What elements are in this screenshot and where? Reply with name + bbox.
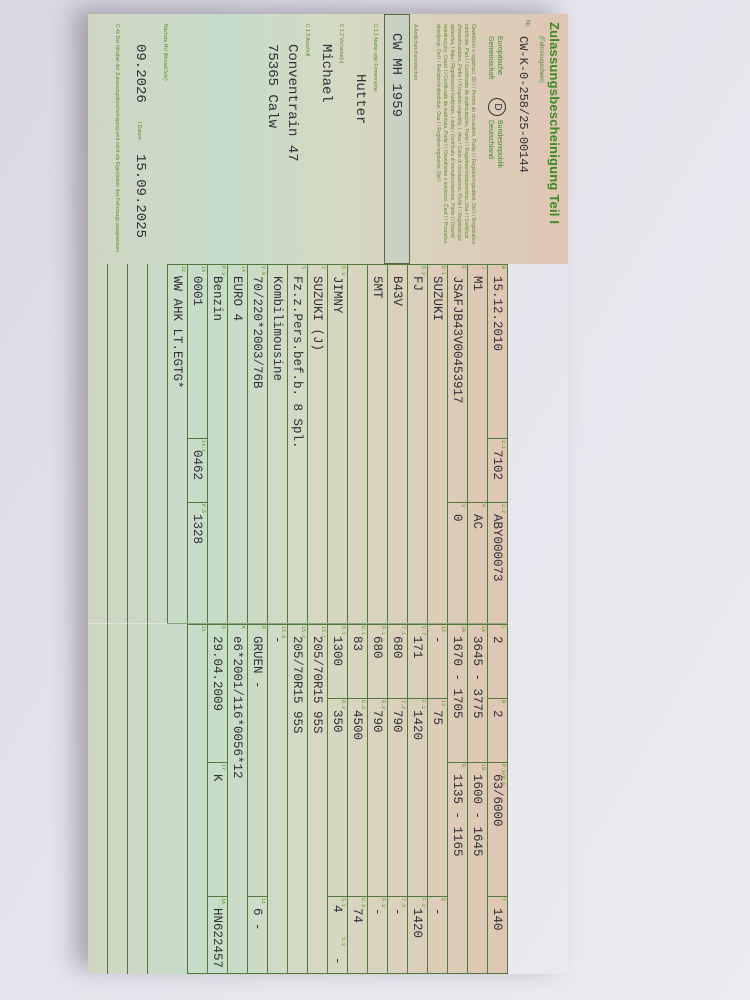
eu-label: Europäische Gemeinschaft xyxy=(486,36,504,94)
table-row: L2 92 P.2/P.463/6000 T140 xyxy=(488,625,508,974)
variant: B43V xyxy=(391,268,405,306)
issue-date-label: I Datum xyxy=(136,122,142,140)
length: 3645 - 3775 xyxy=(471,628,485,719)
empty-lines xyxy=(88,264,167,624)
table-row: 201670 - 1705 G1135 - 1165 xyxy=(448,625,468,974)
footer-note: C.4c Der Inhaber der Zulassungsbescheini… xyxy=(113,24,120,259)
table-row: Ke6*2001/116*0056*12 xyxy=(228,625,248,974)
max-speed: 140 xyxy=(491,900,505,931)
table-row: V.970/220*2003/76B xyxy=(248,265,268,624)
table-row: D.2FJ xyxy=(408,265,428,624)
document-title: Zulassungsbescheinigung Teil I xyxy=(547,22,562,224)
vehicle-class-text: Fz.z.Pers.bef.b. 8 Spl. xyxy=(291,268,305,449)
field-2-2: ABY000073 xyxy=(491,506,505,582)
address-label: C.1.3 Anschrift xyxy=(304,24,310,57)
axles: 2 xyxy=(491,628,505,644)
holder-street: Conventrain 47 xyxy=(284,44,300,162)
table-row: 183645 - 3775 191600 - 1645 xyxy=(468,625,488,974)
country-label: Bundesrepublik Deutschland xyxy=(486,120,504,190)
nr-label: Nr. xyxy=(524,20,530,28)
table-row: JM1 4AC xyxy=(468,265,488,624)
drive-axles: 2 xyxy=(491,702,505,718)
vin: JSAFJB43V00453917 xyxy=(451,268,465,404)
vehicle-data-table-2: L2 92 P.2/P.463/6000 T140 183645 - 3775 … xyxy=(187,624,508,974)
tires-axle-1: 205/70R15 95S xyxy=(311,628,325,734)
remarks: WW AHK LT.EGTG* xyxy=(171,268,185,389)
table-row: 21 xyxy=(188,625,208,974)
document-subtitle: (Fahrzeugschein) xyxy=(538,36,544,83)
height: 1670 - 1705 xyxy=(451,628,465,719)
registration-certificate-number: HN622457 xyxy=(211,900,225,968)
country-code-badge: D xyxy=(488,98,506,116)
multilingual-title-text: Osvědčení o registraci, Díl I / Permis d… xyxy=(434,24,476,259)
standing-places: - xyxy=(331,957,345,965)
table-row: 100001 14.10462 P.51328 xyxy=(188,265,208,624)
table-row: 22WW AHK LT.EGTG* xyxy=(168,265,188,624)
check-digit: 0 xyxy=(451,506,465,522)
empty-lines xyxy=(88,624,167,974)
table-row: V.7171 F.11420 F.21420 xyxy=(408,625,428,974)
vehicle-class: M1 xyxy=(471,268,485,291)
table-row: 15.1205/70R15 95S xyxy=(308,625,328,974)
vehicle-data-panel-1: B15.12.2010 2.17102 2.2ABY000073 JM1 4AC… xyxy=(88,264,508,624)
next-inspection-date: 09.2026 xyxy=(132,44,148,103)
table-row: 12- 1375 Q- xyxy=(428,625,448,974)
first-registration-date: 15.12.2010 xyxy=(491,268,505,351)
table-row: 15.2205/70R15 95S xyxy=(288,625,308,974)
fuel-type: Benzin xyxy=(211,268,225,321)
plate-label: A Amtliches Kennzeichen xyxy=(412,24,418,80)
empty-mass: 1135 - 1165 xyxy=(451,766,465,857)
table-row: 14EURO 4 xyxy=(228,265,248,624)
tires-axle-2: 205/70R15 95S xyxy=(291,628,305,734)
version: 5MT xyxy=(371,268,385,299)
table-row: B43V xyxy=(388,265,408,624)
table-row: Kombilimousine xyxy=(268,265,288,624)
table-row: B15.12.2010 2.17102 2.2ABY000073 xyxy=(488,265,508,624)
emission-class: EURO 4 xyxy=(231,268,245,321)
type-approval-date: 29.04.2009 xyxy=(211,628,225,711)
emission-directive: 70/220*2003/76B xyxy=(251,268,265,389)
table-row: 2SUZUKI (J) xyxy=(308,265,328,624)
table-row: 5MT xyxy=(368,265,388,624)
make: SUZUKI xyxy=(431,268,445,321)
table-row: 5Fz.z.Pers.bef.b. 8 Spl. xyxy=(288,265,308,624)
vehicle-data-table-1: B15.12.2010 2.17102 2.2ABY000073 JM1 4AC… xyxy=(167,264,508,624)
table-row: U.183 U.24500 U.374 xyxy=(348,625,368,974)
table-row: D.3JIMNY xyxy=(328,265,348,624)
manufacturer: SUZUKI (J) xyxy=(311,268,325,351)
issue-date: 15.09.2025 xyxy=(132,154,148,238)
field-4: AC xyxy=(471,506,485,529)
vehicle-data-panel-2: L2 92 P.2/P.463/6000 T140 183645 - 3775 … xyxy=(88,624,508,974)
table-row: P.3Benzin xyxy=(208,265,228,624)
license-plate-field: CW MH 1959 xyxy=(384,14,410,264)
table-row: 15.3- xyxy=(268,625,288,974)
next-inspection-label: Nächste HU (Monat/Jahr) xyxy=(162,24,168,84)
field-10: 0001 xyxy=(191,268,205,306)
power-weight: - xyxy=(431,900,445,916)
type-approval-number: e6*2001/116*0056*12 xyxy=(231,628,245,779)
table-row: 629.04.2009 17K 16HN622457 xyxy=(208,625,228,974)
color: GRUEN - xyxy=(251,628,265,689)
table-row xyxy=(348,265,368,624)
surname-label: C.1.1 Name oder Firmenname xyxy=(372,24,378,92)
first-name-label: C.1.2 Vorname(n) xyxy=(338,24,344,63)
table-row: D.1SUZUKI xyxy=(428,265,448,624)
table-row: 8.1680 8.2790 8.3- xyxy=(368,625,388,974)
width: 1600 - 1645 xyxy=(471,766,485,857)
body-type: Kombilimousine xyxy=(271,268,285,381)
table-row: EJSAFJB43V00453917 30 xyxy=(448,265,468,624)
holder-first-name: Michael xyxy=(318,44,334,103)
holder-panel: Zulassungsbescheinigung Teil I (Fahrzeug… xyxy=(88,14,568,264)
table-row: RGRUEN - 116 - xyxy=(248,625,268,974)
table-row: O.11300 O.2350 S.14 S.2- xyxy=(328,625,348,974)
color-code: 6 - xyxy=(251,900,265,931)
holder-surname: Hutter xyxy=(352,74,368,124)
holder-city: 75365 Calw xyxy=(264,44,280,128)
document-number: CW-K-0-258/25-00144 xyxy=(516,36,530,173)
table-row: 7.1680 7.2790 7.3- xyxy=(388,625,408,974)
vehicle-registration-document: Zulassungsbescheinigung Teil I (Fahrzeug… xyxy=(88,14,568,974)
